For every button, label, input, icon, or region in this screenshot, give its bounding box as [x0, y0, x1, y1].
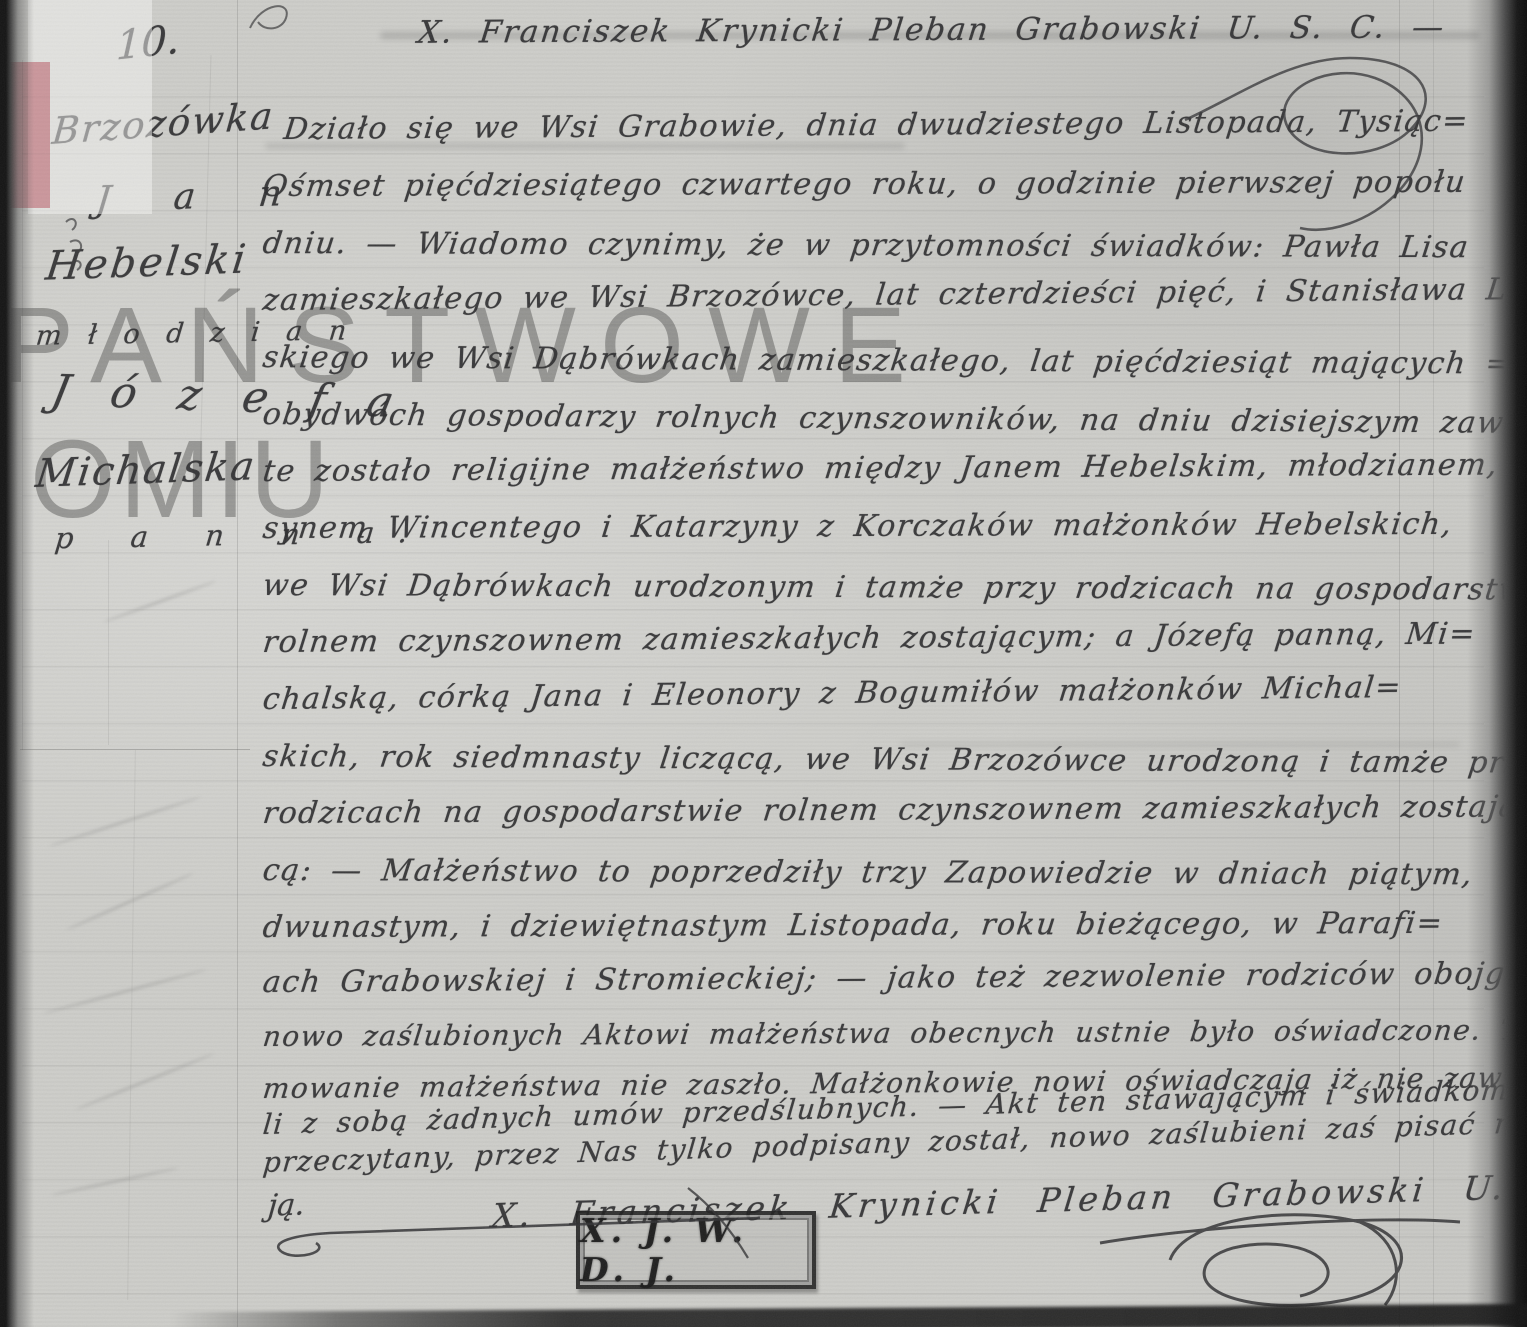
body-line: dniu. — Wiadomo czynimy, że w przytomnoś… — [261, 226, 1472, 265]
flourish-top-curl — [250, 6, 287, 28]
left-inner-rule — [108, 540, 109, 745]
body-line: te zostało religijne małżeństwo między J… — [261, 448, 1500, 489]
archive-stamp: X. J. W. D. J. — [576, 1211, 816, 1289]
stamp-text: X. J. W. D. J. — [580, 1211, 812, 1289]
margin-bride-surname: Michalska — [33, 444, 258, 497]
body-line: Ośmset pięćdziesiątego czwartego roku, o… — [261, 165, 1468, 204]
document-scan: PAŃSTWOWE OMIU X. Franciszek Krynicki Pl… — [0, 0, 1527, 1327]
page-edge-left — [0, 0, 34, 1327]
page-edge-bottom — [170, 1304, 1527, 1327]
margin-groom-surname: Hebelski — [43, 236, 251, 289]
body-line: we Wsi Dąbrówkach urodzonym i tamże przy… — [261, 568, 1527, 607]
body-line: cą: — Małżeństwo to poprzedziły trzy Zap… — [261, 853, 1476, 892]
body-line: skich, rok siedmnasty liczącą, we Wsi Br… — [261, 739, 1527, 781]
body-line: synem Wincentego i Katarzyny z Korczaków… — [261, 507, 1455, 546]
header-officiant-line: X. Franciszek Krynicki Pleban Grabowski … — [416, 9, 1448, 50]
page-edge-right — [1467, 0, 1527, 1327]
body-line: rodzicach na gospodarstwie rolnem czynsz… — [261, 789, 1520, 831]
body-line: dwunastym, i dziewiętnastym Listopada, r… — [261, 906, 1446, 945]
body-line: nowo zaślubionych Aktowi małżeństwa obec… — [261, 1013, 1527, 1053]
closing-word: ją. — [266, 1187, 306, 1223]
body-line: skiego we Wsi Dąbrówkach zamieszkałego, … — [261, 340, 1515, 382]
